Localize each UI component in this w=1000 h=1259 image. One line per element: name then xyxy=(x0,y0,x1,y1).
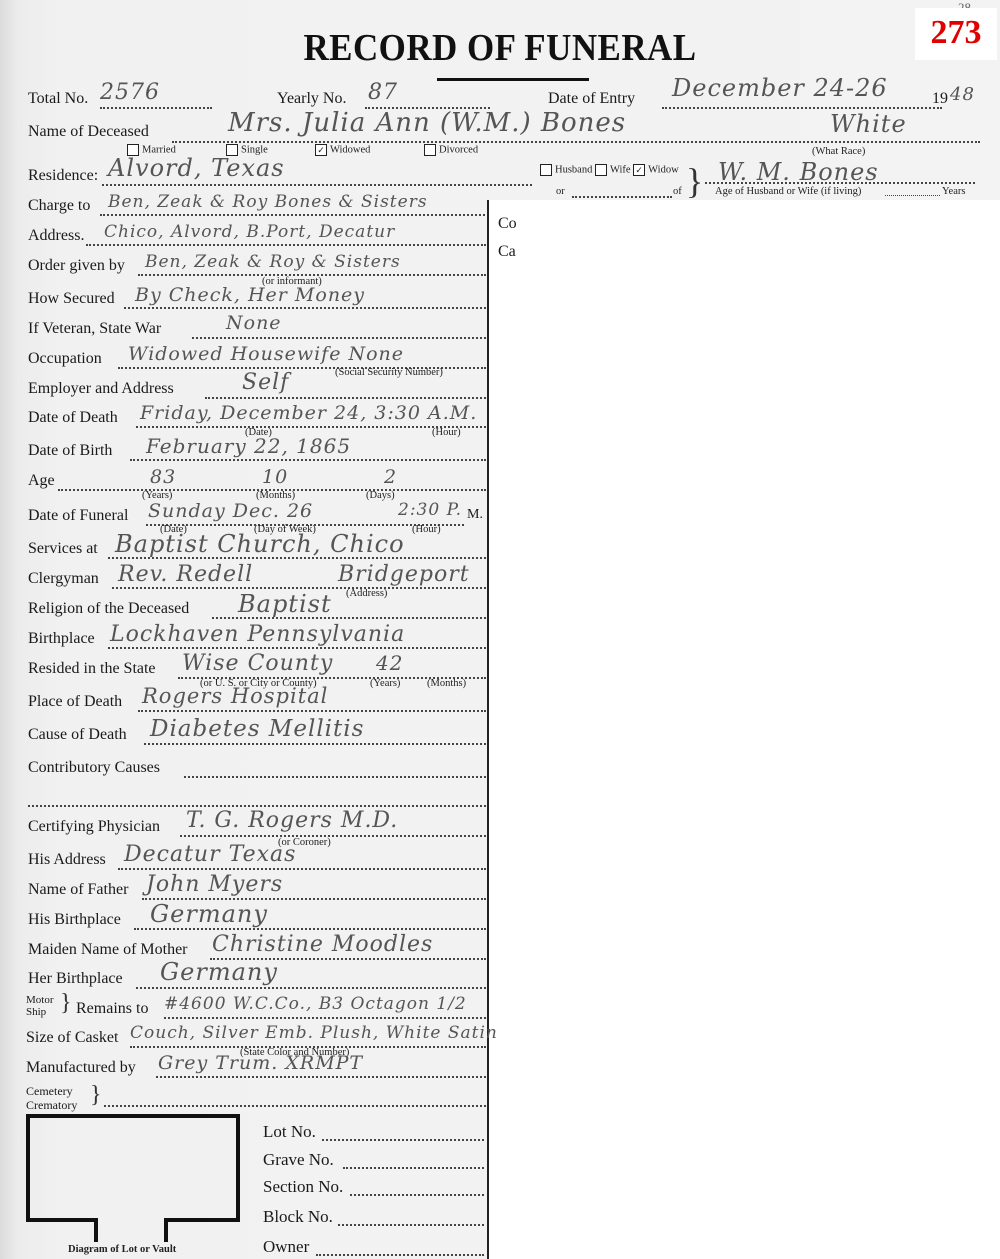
charge-to-label: Charge to xyxy=(28,197,90,215)
cause-of-death-value[interactable]: Diabetes Mellitis xyxy=(150,716,364,742)
widowed-checkbox[interactable]: ✓ xyxy=(315,144,327,156)
date-of-death-caption-hour: (Hour) xyxy=(432,427,461,438)
birthplace-value[interactable]: Lockhaven Pennsylvania xyxy=(110,622,405,647)
his-address-value[interactable]: Decatur Texas xyxy=(124,842,296,867)
resided-in-state-value[interactable]: Wise County xyxy=(182,651,333,676)
contributory-causes-label: Contributory Causes xyxy=(28,759,160,777)
remains-to-line xyxy=(164,1017,486,1019)
date-of-funeral-label: Date of Funeral xyxy=(28,507,128,525)
lot-diagram-post-right xyxy=(164,1218,168,1242)
contributory-causes-line[interactable] xyxy=(184,776,486,778)
date-of-funeral-value[interactable]: Sunday Dec. 26 xyxy=(148,500,313,522)
resided-in-state-years[interactable]: 42 xyxy=(376,651,403,675)
address-value[interactable]: Chico, Alvord, B.Port, Decatur xyxy=(104,222,395,242)
clergyman-label: Clergyman xyxy=(28,570,99,588)
resided-in-state-label: Resided in the State xyxy=(28,660,156,678)
veteran-line xyxy=(192,337,486,339)
clergyman-line xyxy=(112,587,486,589)
lot-diagram-post-left xyxy=(94,1218,98,1242)
remains-to-value[interactable]: #4600 W.C.Co., B3 Octagon 1/2 xyxy=(164,994,467,1014)
yearly-no-value[interactable]: 87 xyxy=(368,80,398,105)
name-of-deceased-value[interactable]: Mrs. Julia Ann (W.M.) Bones xyxy=(228,108,626,138)
total-no-line xyxy=(100,107,212,109)
lot-no-line[interactable] xyxy=(322,1139,484,1141)
place-of-death-value[interactable]: Rogers Hospital xyxy=(142,684,328,708)
title-underline xyxy=(437,78,589,81)
date-of-entry-label: Date of Entry xyxy=(548,90,635,108)
right-panel xyxy=(487,200,1000,1259)
spouse-age-caption: Age of Husband or Wife (if living) xyxy=(715,186,861,197)
his-birthplace-value[interactable]: Germany xyxy=(150,900,268,928)
right-panel-label-co: Co xyxy=(498,215,517,233)
veteran-value[interactable]: None xyxy=(226,312,282,334)
date-of-entry-line xyxy=(662,107,942,109)
date-of-death-value[interactable]: Friday, December 24, 3:30 A.M. xyxy=(140,402,477,424)
certifying-physician-label: Certifying Physician xyxy=(28,818,160,836)
spouse-name-value[interactable]: W. M. Bones xyxy=(718,158,879,186)
charge-to-line xyxy=(100,214,485,216)
his-address-label: His Address xyxy=(28,851,106,869)
employer-value[interactable]: Self xyxy=(242,370,289,395)
spouse-or-line xyxy=(572,196,672,198)
certifying-physician-line xyxy=(180,835,486,837)
birthplace-line xyxy=(108,647,486,649)
employer-line xyxy=(205,397,486,399)
date-of-funeral-suffix: M. xyxy=(467,507,483,523)
her-birthplace-value[interactable]: Germany xyxy=(160,958,278,986)
occupation-label: Occupation xyxy=(28,350,102,368)
order-given-by-label: Order given by xyxy=(28,257,125,275)
his-address-line xyxy=(118,868,486,870)
order-given-by-value[interactable]: Ben, Zeak & Roy & Sisters xyxy=(145,252,401,272)
remains-to-label: Remains to xyxy=(76,1000,148,1018)
divorced-checkbox[interactable] xyxy=(424,144,436,156)
block-no-line[interactable] xyxy=(338,1224,484,1226)
total-no-label: Total No. xyxy=(28,90,88,108)
cause-of-death-line xyxy=(144,743,486,745)
date-of-entry-value[interactable]: December 24-26 xyxy=(672,74,888,102)
his-birthplace-line xyxy=(134,928,486,930)
cemetery-brace: } xyxy=(90,1082,102,1109)
spouse-of-label: of xyxy=(673,186,682,197)
cemetery-line[interactable] xyxy=(104,1105,486,1107)
widow-checkbox[interactable]: ✓ xyxy=(633,164,645,176)
religion-value[interactable]: Baptist xyxy=(238,590,332,618)
lot-diagram-bottom-right xyxy=(164,1218,236,1222)
date-of-birth-value[interactable]: February 22, 1865 xyxy=(146,434,351,458)
age-days-value[interactable]: 2 xyxy=(384,466,397,488)
grave-no-line[interactable] xyxy=(343,1167,484,1169)
her-birthplace-line xyxy=(136,987,486,989)
occupation-value[interactable]: Widowed Housewife None xyxy=(128,343,404,365)
date-of-entry-year-value[interactable]: 48 xyxy=(950,84,975,105)
spouse-age-line xyxy=(885,195,940,196)
his-birthplace-label: His Birthplace xyxy=(28,911,121,929)
employer-label: Employer and Address xyxy=(28,380,174,398)
block-no-label: Block No. xyxy=(263,1207,333,1227)
husband-checkbox[interactable] xyxy=(540,164,552,176)
residence-line xyxy=(102,184,532,186)
page-title: RECORD OF FUNERAL xyxy=(40,26,960,70)
yearly-no-label: Yearly No. xyxy=(277,90,346,108)
size-of-casket-value[interactable]: Couch, Silver Emb. Plush, White Satin xyxy=(130,1023,498,1043)
veteran-label: If Veteran, State War xyxy=(28,320,161,338)
spouse-or-label: or xyxy=(556,186,565,197)
manufactured-by-label: Manufactured by xyxy=(26,1059,136,1077)
residence-value[interactable]: Alvord, Texas xyxy=(108,154,285,182)
spouse-brace: } xyxy=(686,160,703,202)
how-secured-line xyxy=(124,307,486,309)
owner-label: Owner xyxy=(263,1237,309,1257)
total-no-value[interactable]: 2576 xyxy=(100,80,160,105)
resided-in-state-caption-years: (Years) xyxy=(370,678,400,689)
contributory-causes-line-2[interactable] xyxy=(28,805,486,807)
clergyman-address-value[interactable]: Bridgeport xyxy=(338,562,470,587)
wife-checkbox[interactable] xyxy=(595,164,607,176)
residence-label: Residence: xyxy=(28,167,98,185)
clergyman-address-caption: (Address) xyxy=(346,588,387,599)
date-of-death-label: Date of Death xyxy=(28,409,118,427)
name-of-father-label: Name of Father xyxy=(28,881,128,899)
occupation-caption: (Social Security Number) xyxy=(335,367,443,378)
her-birthplace-label: Her Birthplace xyxy=(28,970,123,988)
age-caption-days: (Days) xyxy=(366,490,395,501)
services-at-label: Services at xyxy=(28,540,98,558)
race-caption: (What Race) xyxy=(812,146,865,157)
birthplace-label: Birthplace xyxy=(28,630,95,648)
marital-divorced[interactable]: Divorced xyxy=(424,144,478,156)
date-of-funeral-caption-hour: (Hour) xyxy=(412,524,441,535)
place-of-death-label: Place of Death xyxy=(28,693,122,711)
charge-to-value[interactable]: Ben, Zeak & Roy Bones & Sisters xyxy=(108,192,428,212)
spouse-age-unit: Years xyxy=(942,186,965,197)
name-of-deceased-label: Name of Deceased xyxy=(28,123,149,141)
address-line xyxy=(86,244,486,246)
cause-of-death-label: Cause of Death xyxy=(28,726,127,744)
age-months-value[interactable]: 10 xyxy=(262,466,288,488)
lot-diagram-caption: Diagram of Lot or Vault xyxy=(68,1244,176,1255)
manufactured-by-line xyxy=(156,1076,486,1078)
cemetery-label: Cemetery Crematory xyxy=(26,1084,77,1112)
size-of-casket-label: Size of Casket xyxy=(26,1029,118,1047)
date-of-birth-line xyxy=(130,459,486,461)
right-panel-label-ca: Ca xyxy=(498,243,516,261)
age-label: Age xyxy=(28,472,55,490)
place-of-death-line xyxy=(138,710,486,712)
manufactured-by-value[interactable]: Grey Trum. XRMPT xyxy=(158,1052,363,1074)
grave-no-label: Grave No. xyxy=(263,1150,334,1170)
section-no-label: Section No. xyxy=(263,1177,343,1197)
date-of-birth-label: Date of Birth xyxy=(28,442,112,460)
lot-diagram xyxy=(26,1114,240,1222)
name-of-father-value[interactable]: John Myers xyxy=(146,872,283,897)
lot-no-label: Lot No. xyxy=(263,1122,316,1142)
spouse-options: Husband Wife ✓Widow xyxy=(540,164,679,176)
how-secured-label: How Secured xyxy=(28,290,115,308)
remains-to-brace: } xyxy=(60,990,72,1017)
address-label: Address. xyxy=(28,227,84,245)
lot-diagram-bottom-left xyxy=(26,1218,98,1222)
age-years-value[interactable]: 83 xyxy=(150,466,176,488)
maiden-name-of-mother-value[interactable]: Christine Moodles xyxy=(212,932,433,957)
section-no-line[interactable] xyxy=(350,1194,484,1196)
religion-label: Religion of the Deceased xyxy=(28,600,189,618)
clergyman-value[interactable]: Rev. Redell xyxy=(118,562,253,587)
certifying-physician-value[interactable]: T. G. Rogers M.D. xyxy=(186,808,398,833)
date-of-funeral-hour[interactable]: 2:30 P. xyxy=(398,500,462,520)
how-secured-value[interactable]: By Check, Her Money xyxy=(135,284,365,306)
remains-to-prefix: Motor Ship xyxy=(26,994,54,1018)
name-of-deceased-line xyxy=(172,141,980,143)
maiden-name-of-mother-label: Maiden Name of Mother xyxy=(28,941,188,959)
services-at-value[interactable]: Baptist Church, Chico xyxy=(115,530,405,558)
marital-widowed[interactable]: ✓Widowed xyxy=(315,144,370,156)
race-value[interactable]: White xyxy=(830,110,907,138)
resided-in-state-caption-months: (Months) xyxy=(427,678,466,689)
date-of-entry-year-prefix: 19 xyxy=(932,90,948,108)
owner-line[interactable] xyxy=(316,1254,484,1256)
